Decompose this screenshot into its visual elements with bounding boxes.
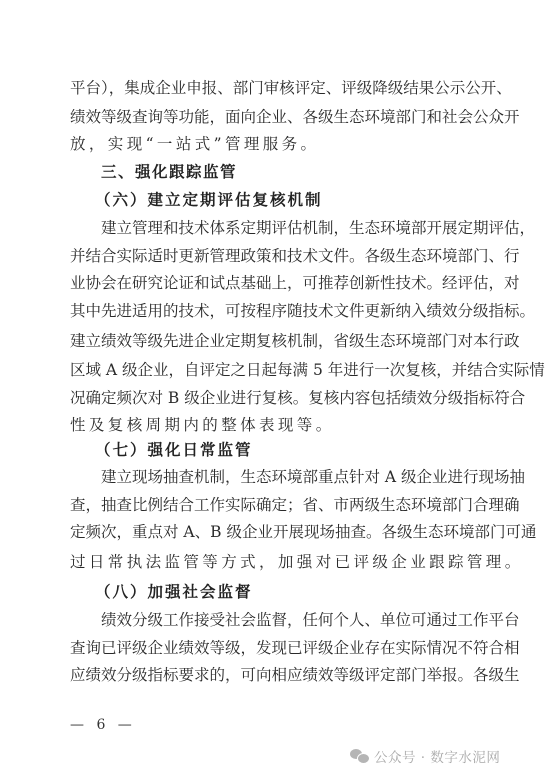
page-number: — 6 — — [70, 717, 136, 733]
body-line: 应绩效分级指标要求的，可向相应绩效等级评定部门举报。各级生 — [70, 664, 482, 686]
document-page: 平台），集成企业申报、部门审核评定、评级降级结果公示公开、 绩效等级查询等功能，… — [0, 0, 550, 778]
subsection-heading: （六）建立定期评估复核机制 — [95, 189, 507, 211]
body-line: 建立管理和技术体系定期评估机制，生态环境部开展定期评估， — [101, 217, 482, 239]
body-line: 过日常执法监管等方式，加强对已评级企业跟踪管理。 — [70, 551, 482, 573]
watermark: 公众号 · 数字水泥网 — [350, 746, 500, 766]
body-line: 其中先进适用的技术，可按程序随技术文件更新纳入绩效分级指标。 — [70, 300, 482, 322]
body-line: 业协会在研究论证和试点基础上，可推荐创新性技术。经评估，对 — [70, 272, 482, 294]
body-line: 平台），集成企业申报、部门审核评定、评级降级结果公示公开、 — [70, 77, 482, 99]
body-line: 建立绩效等级先进企业定期复核机制，省级生态环境部门对本行政 — [70, 330, 482, 352]
body-line: 绩效等级查询等功能，面向企业、各级生态环境部门和社会公众开 — [70, 106, 482, 128]
body-line: 况确定频次对 B 级企业进行复核。复核内容包括绩效分级指标符合 — [70, 387, 482, 409]
watermark-text: 公众号 · 数字水泥网 — [374, 746, 500, 766]
body-line: 性及复核周期内的整体表现等。 — [70, 414, 482, 436]
body-line: 查询已评级企业绩效等级，发现已评级企业存在实际情况不符合相 — [70, 637, 482, 659]
body-line: 建立现场抽查机制，生态环境部重点针对 A 级企业进行现场抽 — [101, 466, 482, 488]
body-line: 绩效分级工作接受社会监督，任何个人、单位可通过工作平台 — [101, 609, 482, 631]
body-line: 查，抽查比例结合工作实际确定；省、市两级生态环境部门合理确 — [70, 494, 482, 516]
subsection-heading: （八）加强社会监督 — [95, 581, 507, 603]
subsection-heading: （七）强化日常监管 — [95, 439, 507, 461]
body-line: 并结合实际适时更新管理政策和技术文件。各级生态环境部门、行 — [70, 245, 482, 267]
body-line: 区域 A 级企业，自评定之日起每满 5 年进行一次复核，并结合实际情 — [70, 359, 482, 381]
body-line: 放，实现“一站式”管理服务。 — [70, 133, 482, 155]
wechat-icon — [350, 748, 370, 764]
section-heading: 三、强化跟踪监管 — [101, 161, 513, 183]
body-line: 定频次，重点对 A、B 级企业开展现场抽查。各级生态环境部门可通 — [70, 521, 482, 543]
